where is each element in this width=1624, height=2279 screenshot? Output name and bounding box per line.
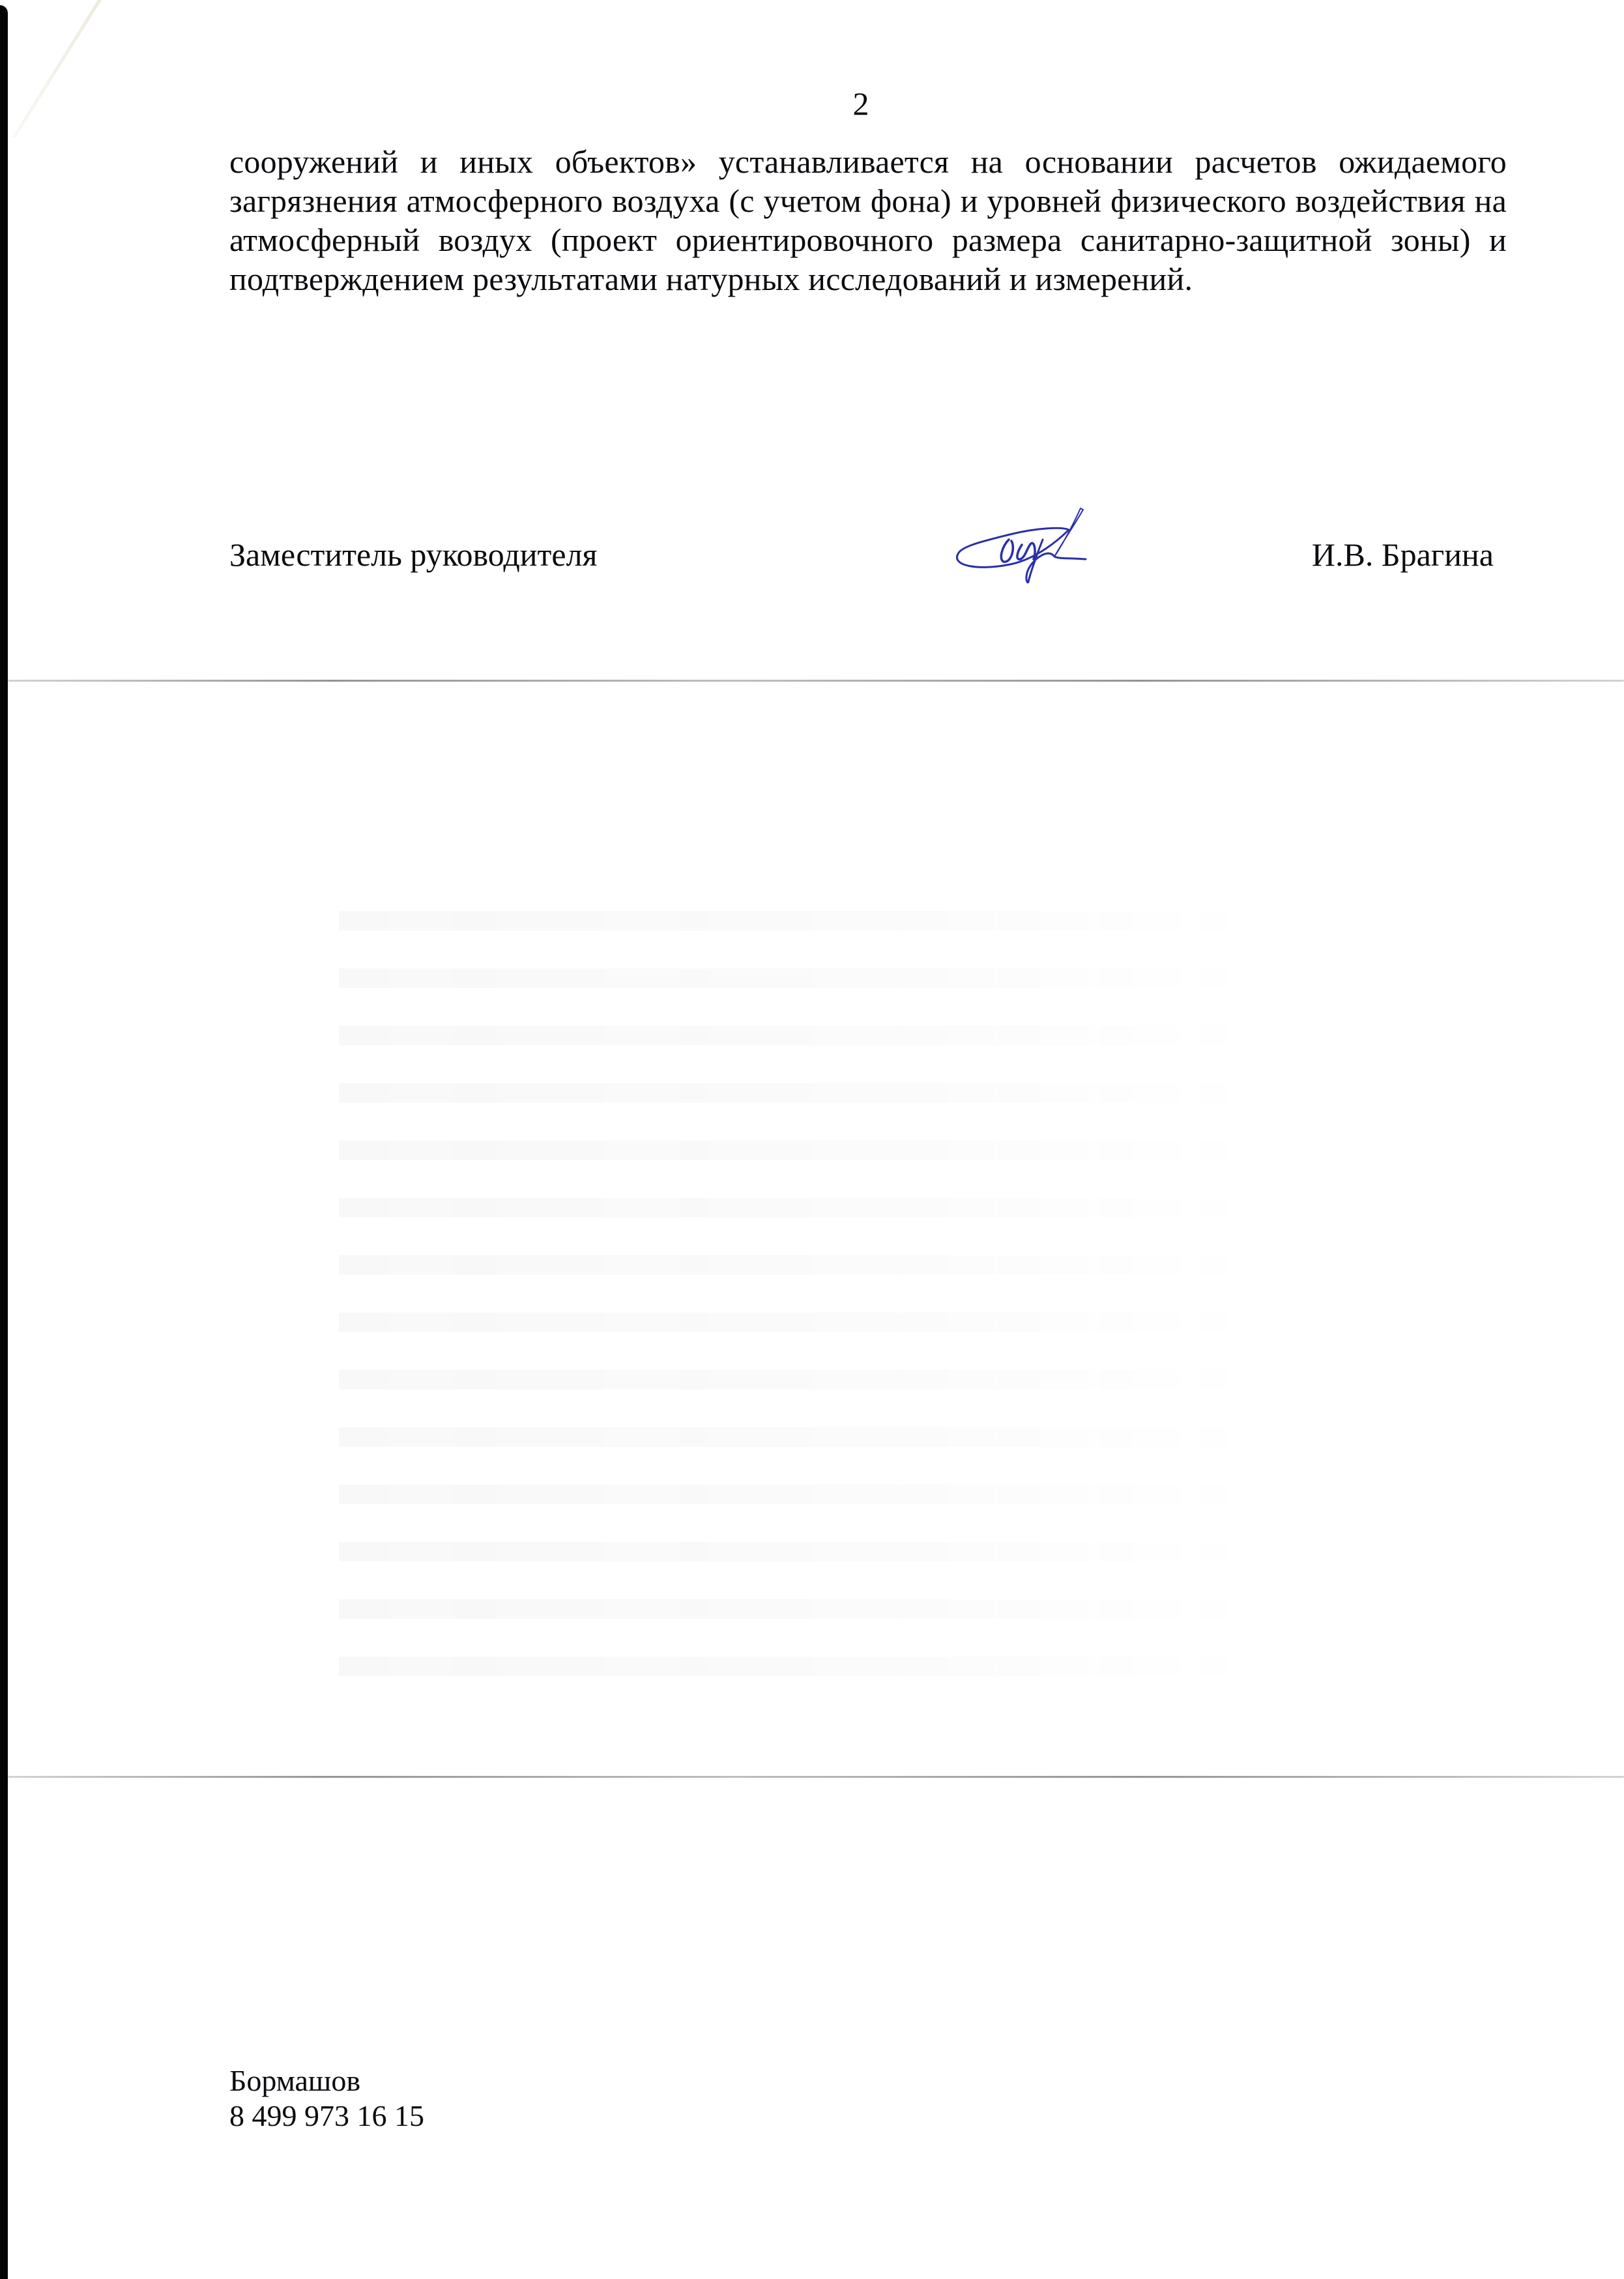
executor-phone: 8 499 973 16 15 (229, 2098, 424, 2134)
paper-fold-line (8, 1776, 1624, 1778)
signature-block: Заместитель руководителя И.В. Брагина (229, 536, 1494, 581)
signature-icon (938, 494, 1108, 598)
paper-fold-line (8, 680, 1624, 682)
scanner-edge (0, 5, 8, 2279)
executor-contact: Бормашов 8 499 973 16 15 (229, 2063, 424, 2134)
signer-title: Заместитель руководителя (229, 536, 598, 573)
signer-name: И.В. Брагина (1312, 536, 1494, 573)
reverse-side-show-through (339, 873, 1251, 1707)
body-paragraph: сооружений и иных объектов» устанавливае… (229, 142, 1507, 298)
page-number: 2 (0, 85, 1624, 123)
executor-name: Бормашов (229, 2063, 424, 2098)
